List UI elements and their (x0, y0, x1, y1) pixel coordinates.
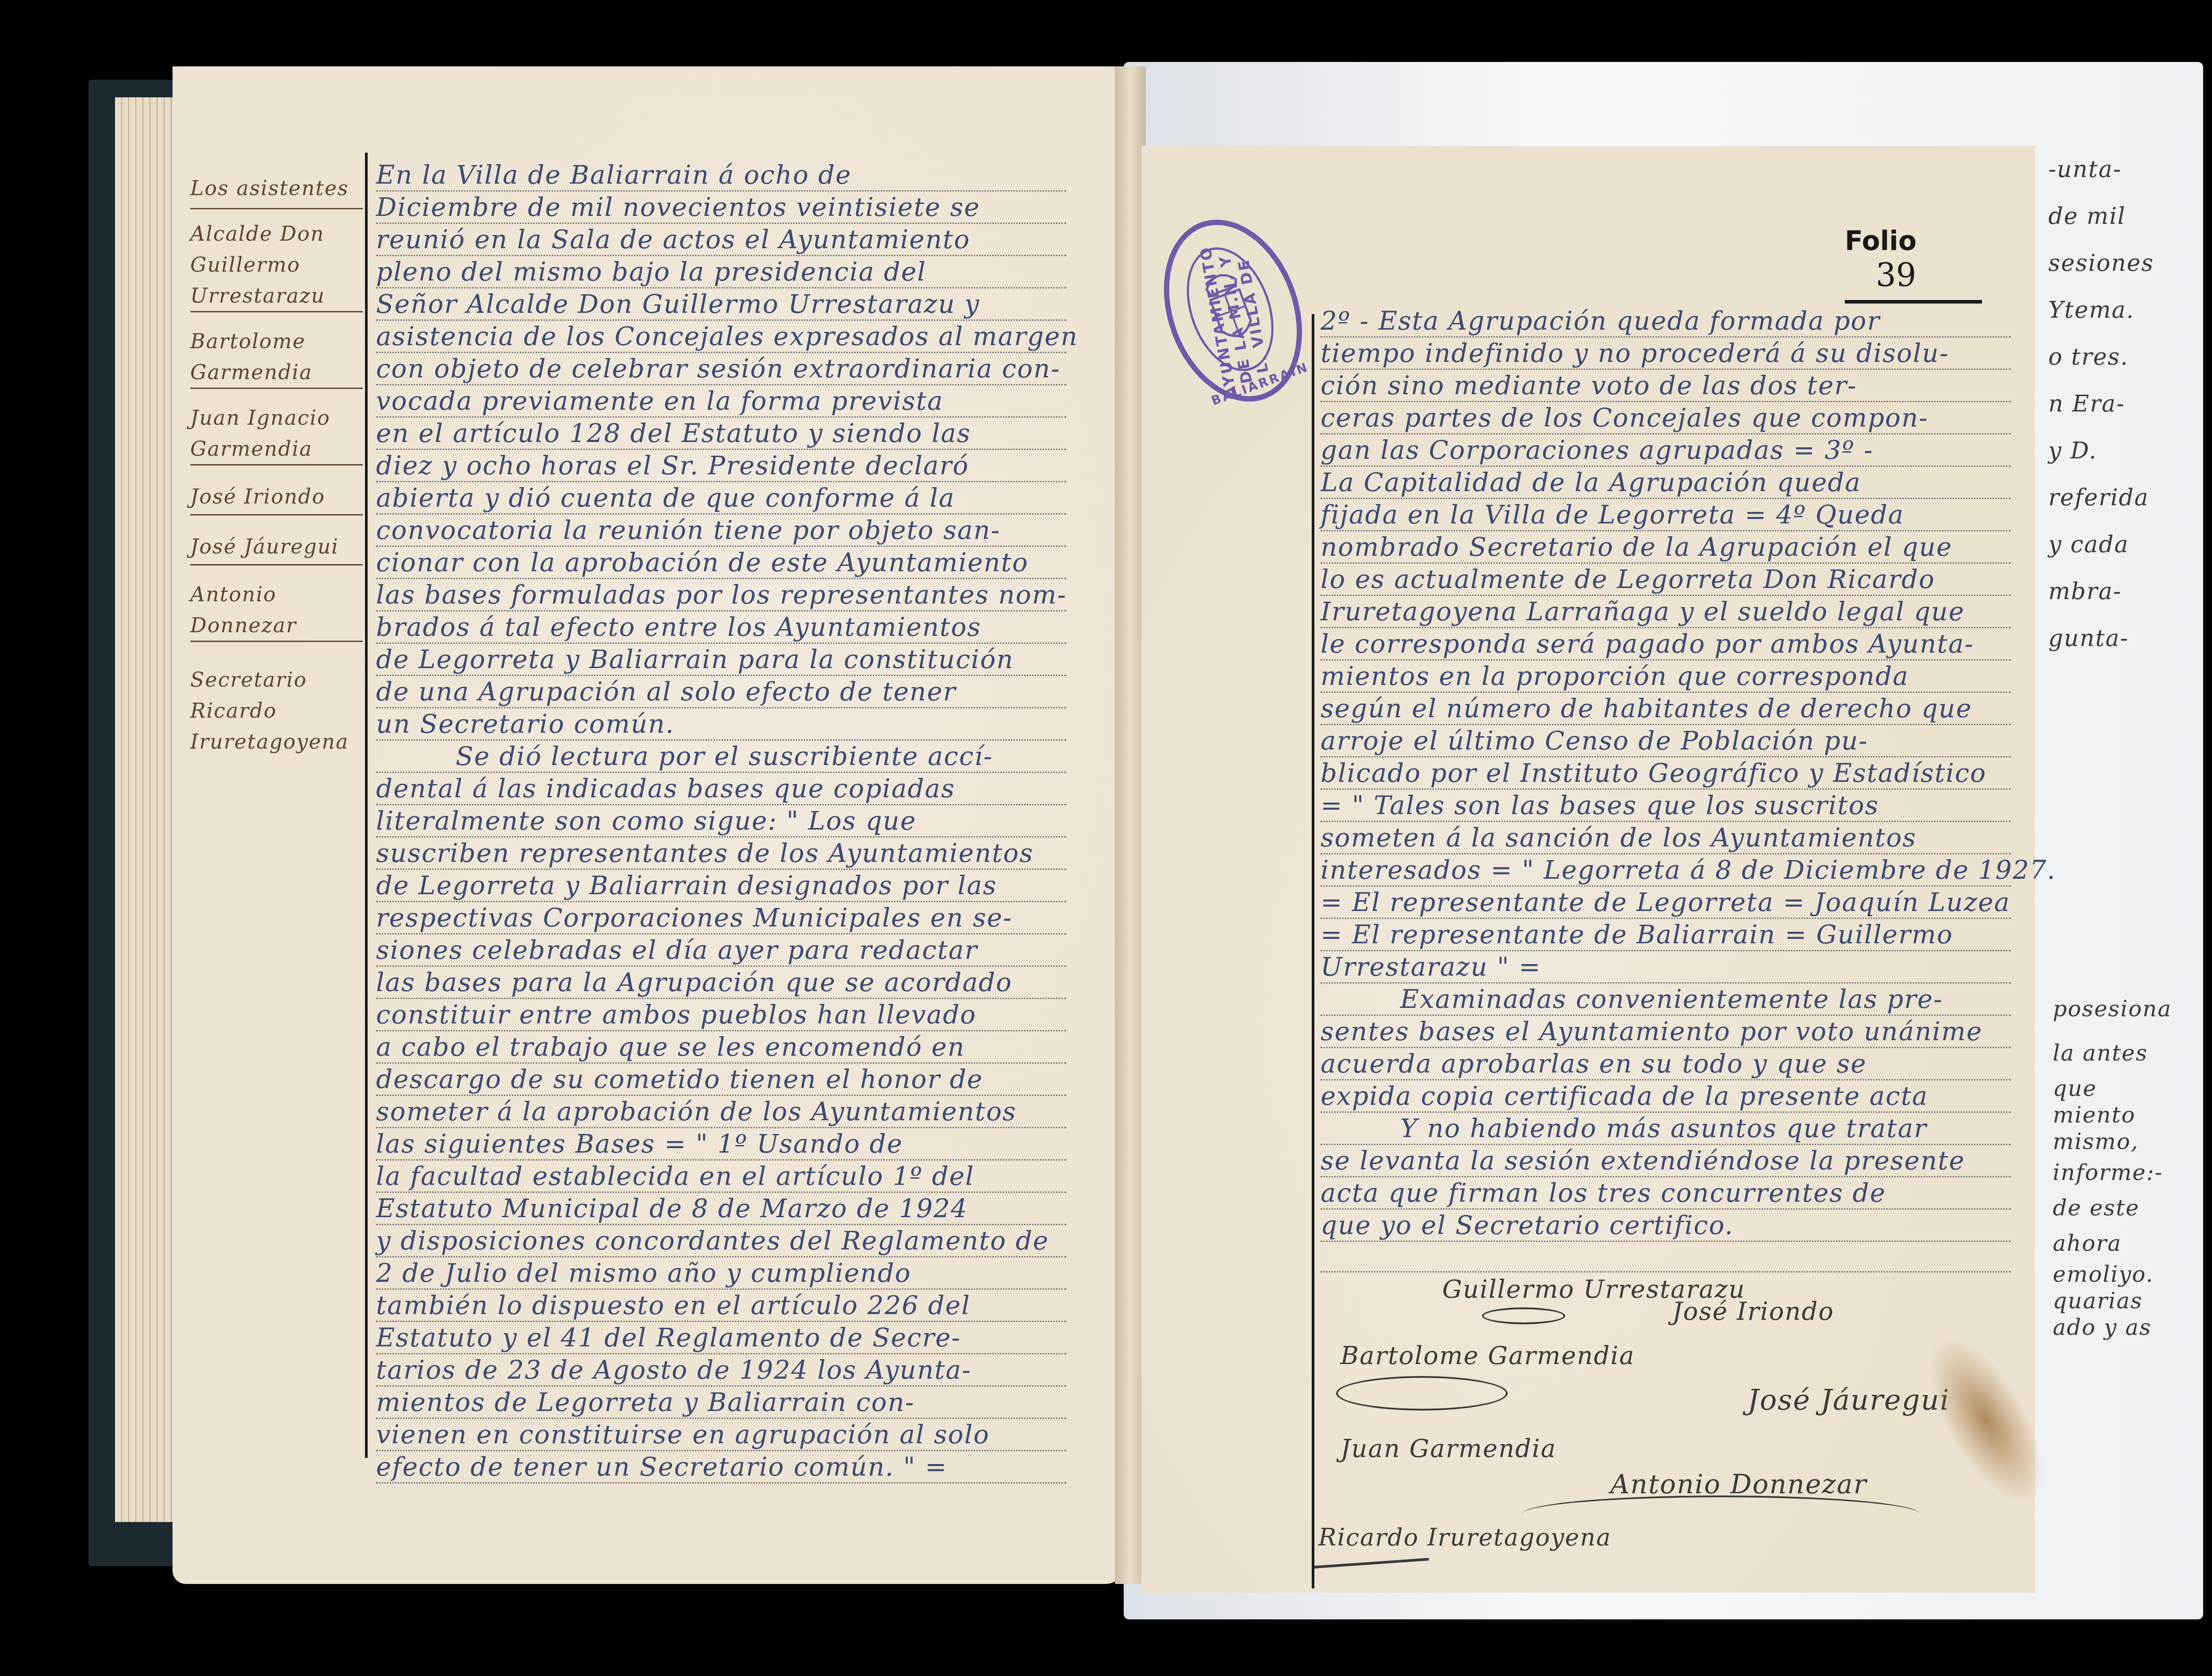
text-line: vocada previamente en la forma prevista (376, 385, 1066, 418)
text-line: le corresponda será pagado por ambos Ayu… (1321, 628, 2011, 661)
margin-heading: Los asistentes (190, 168, 363, 209)
text-line: de Legorreta y Baliarrain designados por… (376, 870, 1066, 902)
text-line: mientos de Legorreta y Baliarrain con- (376, 1387, 1066, 1419)
fragment: ado y as (2053, 1314, 2172, 1341)
fragment: Ytema. (2048, 287, 2154, 334)
text-line: gan las Corporaciones agrupadas = 3º - (1321, 434, 2011, 467)
text-line: literalmente son como sigue: " Los que (376, 805, 1066, 838)
text-line: 2º - Esta Agrupación queda formada por (1321, 305, 2011, 338)
text-line: cionar con la aprobación de este Ayuntam… (376, 547, 1066, 579)
text-line: las bases para la Agrupación que se acor… (376, 967, 1066, 999)
text-line: de una Agrupación al solo efecto de tene… (376, 676, 1066, 708)
text-line: reunió en la Sala de actos el Ayuntamien… (376, 224, 1066, 256)
margin-note: Urrestarazu (190, 280, 363, 312)
margin-note: Ricardo (190, 695, 363, 726)
text-line: tarios de 23 de Agosto de 1924 los Ayunt… (376, 1354, 1066, 1387)
text-line: diez y ocho horas el Sr. Presidente decl… (376, 450, 1066, 482)
left-margin-rule (365, 153, 368, 1458)
margin-note: José Jáuregui (190, 529, 363, 565)
text-line: Iruretagoyena Larrañaga y el sueldo lega… (1321, 596, 2011, 628)
margin-note: Iruretagoyena (190, 726, 363, 757)
text-line: un Secretario común. (376, 708, 1066, 741)
text-line: lo es actualmente de Legorreta Don Ricar… (1321, 564, 2011, 596)
text-line: vienen en constituirse en agrupación al … (376, 1419, 1066, 1451)
text-line: se levanta la sesión extendiéndose la pr… (1321, 1145, 2011, 1177)
margin-note: Donnezar (190, 610, 363, 642)
text-line: de Legorreta y Baliarrain para la consti… (376, 644, 1066, 676)
text-line: siones celebradas el día ayer para redac… (376, 934, 1066, 967)
margin-note: Guillermo (190, 249, 363, 280)
text-line: Se dió lectura por el suscribiente accí- (376, 741, 1066, 773)
underlying-sheet-text-top: -unta- de mil sesiones Ytema. o tres. n … (2048, 146, 2154, 662)
fragment: sesiones (2048, 240, 2154, 287)
fragment: informe:- (2053, 1155, 2172, 1190)
fragment: y D. (2048, 427, 2154, 474)
text-line: asistencia de los Concejales expresados … (376, 321, 1066, 353)
margin-note: Antonio (190, 579, 363, 610)
text-line: descargo de su cometido tienen el honor … (376, 1064, 1066, 1096)
text-line: La Capitalidad de la Agrupación queda (1321, 467, 2011, 499)
margin-note: Secretario (190, 664, 363, 695)
text-line: y disposiciones concordantes del Reglame… (376, 1225, 1066, 1257)
fragment: referida (2048, 474, 2154, 521)
margin-note: Garmendia (190, 433, 363, 465)
text-line: interesados = " Legorreta á 8 de Diciemb… (1321, 854, 2011, 887)
text-line: Señor Alcalde Don Guillermo Urrestarazu … (376, 288, 1066, 321)
text-line: también lo dispuesto en el artículo 226 … (376, 1290, 1066, 1322)
text-line: ción sino mediante voto de las dos ter- (1321, 370, 2011, 402)
text-line: someten á la sanción de los Ayuntamiento… (1321, 822, 2011, 854)
margin-note: Garmendia (190, 357, 363, 389)
signature-flourish (1482, 1307, 1565, 1324)
text-line: efecto de tener un Secretario común. " = (376, 1451, 1066, 1484)
margin-note: Juan Ignacio (190, 402, 363, 433)
text-line: acuerda aprobarlas en su todo y que se (1321, 1048, 2011, 1080)
margin-note: José Iriondo (190, 479, 363, 515)
text-line: Examinadas convenientemente las pre- (1321, 984, 2011, 1016)
signature-bartolome: Bartolome Garmendia (1340, 1332, 1635, 1380)
text-line: pleno del mismo bajo la presidencia del (376, 256, 1066, 288)
folio-label: Folio (1845, 226, 1916, 257)
signature-juan-garmendia: Juan Garmendia (1340, 1425, 1556, 1473)
text-line: ceras partes de los Concejales que compo… (1321, 402, 2011, 434)
folio-underline (1845, 300, 1982, 304)
margin-note: Alcalde Don (190, 218, 363, 249)
text-line: Estatuto Municipal de 8 de Marzo de 1924 (376, 1193, 1066, 1225)
text-line: nombrado Secretario de la Agrupación el … (1321, 531, 2011, 564)
fragment: gunta- (2048, 615, 2154, 662)
fragment: quarias (2053, 1288, 2172, 1314)
fragment: miento (2053, 1102, 2172, 1128)
text-line: dental á las indicadas bases que copiada… (376, 773, 1066, 805)
text-line: Y no habiendo más asuntos que tratar (1321, 1113, 2011, 1145)
text-line: En la Villa de Baliarrain á ocho de (376, 159, 1066, 192)
text-line: 2 de Julio del mismo año y cumpliendo (376, 1257, 1066, 1290)
text-line: tiempo indefinido y no procederá á su di… (1321, 338, 2011, 370)
text-line: fijada en la Villa de Legorreta = 4º Que… (1321, 499, 2011, 531)
text-line: suscriben representantes de los Ayuntami… (376, 838, 1066, 870)
text-line: = El representante de Legorreta = Joaquí… (1321, 887, 2011, 919)
signature-flourish (1336, 1376, 1508, 1411)
fragment: n Era- (2048, 381, 2154, 427)
fragment: de mil (2048, 193, 2154, 240)
text-line: las bases formuladas por los representan… (376, 579, 1066, 611)
text-line: arroje el último Censo de Población pu- (1321, 725, 2011, 757)
text-line: que yo el Secretario certifico. (1321, 1210, 2011, 1242)
text-line: someter á la aprobación de los Ayuntamie… (376, 1096, 1066, 1128)
text-line: = El representante de Baliarrain = Guill… (1321, 919, 2011, 951)
fragment: -unta- (2048, 146, 2154, 193)
fragment: que (2053, 1075, 2172, 1102)
text-line: según el número de habitantes de derecho… (1321, 693, 2011, 725)
fragment: la antes (2053, 1031, 2172, 1075)
text-line: constituir entre ambos pueblos han lleva… (376, 999, 1066, 1031)
text-line: Urrestarazu " = (1321, 951, 2011, 984)
fragment: mbra- (2048, 568, 2154, 615)
signature-iriondo: José Iriondo (1672, 1288, 1834, 1336)
text-line: con objeto de celebrar sesión extraordin… (376, 353, 1066, 385)
attendees-margin: Los asistentes Alcalde Don Guillermo Urr… (190, 168, 363, 757)
fragment: mismo, (2053, 1128, 2172, 1155)
fragment: emoliyo. (2053, 1261, 2172, 1288)
text-line: Estatuto y el 41 del Reglamento de Secre… (376, 1322, 1066, 1354)
right-page-body: 2º - Esta Agrupación queda formada por t… (1321, 305, 2011, 1272)
text-line: abierta y dió cuenta de que conforme á l… (376, 482, 1066, 515)
text-line: convocatoria la reunión tiene por objeto… (376, 515, 1066, 547)
text-line: las siguientes Bases = " 1º Usando de (376, 1128, 1066, 1161)
fragment: o tres. (2048, 334, 2154, 381)
fragment: ahora (2053, 1226, 2172, 1261)
text-line: expida copia certificada de la presente … (1321, 1080, 2011, 1113)
left-page-body: En la Villa de Baliarrain á ocho de Dici… (376, 159, 1066, 1484)
fragment: posesiona (2053, 987, 2172, 1031)
underlying-sheet-text-bottom: posesiona la antes que miento mismo, inf… (2053, 987, 2172, 1341)
text-line: brados á tal efecto entre los Ayuntamien… (376, 611, 1066, 644)
fragment: y cada (2048, 521, 2154, 568)
text-line: sentes bases el Ayuntamiento por voto un… (1321, 1016, 2011, 1048)
text-line: mientos en la proporción que corresponda (1321, 661, 2011, 693)
text-line: blicado por el Instituto Geográfico y Es… (1321, 757, 2011, 790)
text-line: a cabo el trabajo que se les encomendó e… (376, 1031, 1066, 1064)
text-line: la facultad establecida en el artículo 1… (376, 1161, 1066, 1193)
text-line: Diciembre de mil novecientos veintisiete… (376, 192, 1066, 224)
fragment: de este (2053, 1190, 2172, 1226)
right-margin-rule (1312, 314, 1314, 1588)
margin-note: Bartolome (190, 326, 363, 357)
folio-header: Folio 39 (1845, 226, 1982, 304)
folio-number: 39 (1876, 257, 1916, 294)
text-line: acta que firman los tres concurrentes de (1321, 1177, 2011, 1210)
text-line: respectivas Corporaciones Municipales en… (376, 902, 1066, 934)
signature-secretario: Ricardo Iruretagoyena (1318, 1513, 1612, 1562)
text-line: = " Tales son las bases que los suscrito… (1321, 790, 2011, 822)
text-line: en el artículo 128 del Estatuto y siendo… (376, 418, 1066, 450)
